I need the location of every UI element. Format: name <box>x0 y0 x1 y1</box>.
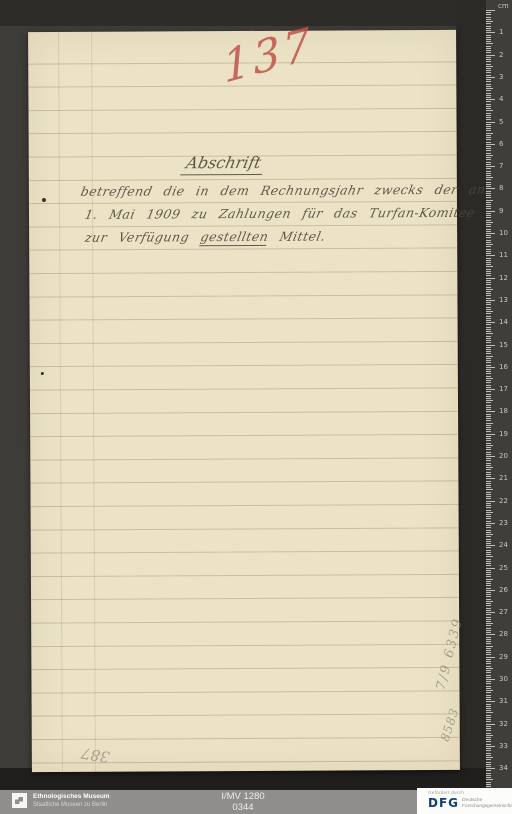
ruler-tick <box>486 313 491 314</box>
ruler-tick <box>486 423 493 424</box>
ruler-tick <box>486 135 491 136</box>
ruler-tick <box>486 492 491 493</box>
ruler-tick <box>486 144 495 145</box>
ruler-number: 10 <box>499 229 508 237</box>
ruler-tick <box>486 447 491 448</box>
ruler-tick <box>486 728 491 729</box>
ruler-tick <box>486 465 491 466</box>
ruler-tick <box>486 434 495 435</box>
ruler-tick <box>486 614 491 615</box>
ruler-tick <box>486 175 491 176</box>
ruler-tick <box>486 541 491 542</box>
ruler-tick <box>486 157 491 158</box>
ruler-tick <box>486 35 491 36</box>
ruler-tick <box>486 262 491 263</box>
ruler-tick <box>486 505 491 506</box>
ruler-tick <box>486 536 491 537</box>
ruler-tick <box>486 476 491 477</box>
ruler-tick <box>486 527 491 528</box>
ruler-tick <box>486 773 491 774</box>
ruler-tick <box>486 124 491 125</box>
ruler-tick <box>486 496 491 497</box>
ruler-tick <box>486 668 493 669</box>
ruler-tick <box>486 654 491 655</box>
ruler-number: 31 <box>499 697 508 705</box>
ruler-tick <box>486 605 491 606</box>
ruler-tick <box>486 273 491 274</box>
handwritten-line-3-end: Mittel. <box>278 229 327 244</box>
ruler-tick <box>486 746 495 747</box>
ruler-tick <box>486 307 491 308</box>
ruler-tick <box>486 625 491 626</box>
ruler-tick <box>486 719 491 720</box>
ruler-tick <box>486 704 491 705</box>
ruler-number: 21 <box>499 474 508 482</box>
ruler-tick <box>486 603 491 604</box>
ruler-tick <box>486 561 491 562</box>
ruler-tick <box>486 179 491 180</box>
ruler-tick <box>486 258 491 259</box>
ruler-number: 9 <box>499 207 503 215</box>
ruler-tick <box>486 208 491 209</box>
ruler-tick <box>486 672 491 673</box>
ruler-number: 8 <box>499 184 503 192</box>
ruler-tick <box>486 367 495 368</box>
ruler-tick <box>486 166 495 167</box>
ruler-tick <box>486 416 491 417</box>
handwritten-line-2: 1. Mai 1909 zu Zahlungen für das Turfan-… <box>83 205 476 222</box>
ruler-tick <box>486 744 491 745</box>
ruler-tick <box>486 75 491 76</box>
ruler-number: 32 <box>499 720 508 728</box>
ruler-tick <box>486 371 491 372</box>
ruler-tick <box>486 217 491 218</box>
ruler-tick <box>486 516 491 517</box>
ruler-tick <box>486 628 491 629</box>
ruler-tick <box>486 244 493 245</box>
ruler-tick <box>486 523 495 524</box>
ruler-tick <box>486 329 491 330</box>
museum-name: Ethnologisches Museum <box>33 793 110 801</box>
ruler-tick <box>486 552 491 553</box>
ruler-tick <box>486 52 491 53</box>
ruler-tick <box>486 768 495 769</box>
ruler-tick <box>486 623 493 624</box>
ruler-tick <box>486 122 495 123</box>
ruler-tick <box>486 17 491 18</box>
ruler-tick <box>486 251 491 252</box>
ruler-tick <box>486 688 491 689</box>
ruler-tick <box>486 507 491 508</box>
dfg-logo: DFG <box>428 796 459 810</box>
ruler-tick <box>486 311 493 312</box>
ruler-tick <box>486 30 491 31</box>
ruler-tick <box>486 215 491 216</box>
ruler-tick <box>486 95 491 96</box>
ruler-tick <box>486 385 491 386</box>
ruler-tick <box>486 483 491 484</box>
ruler-tick <box>486 641 491 642</box>
ruler-tick <box>486 104 491 105</box>
ruler-tick <box>486 97 491 98</box>
ruler-tick <box>486 695 491 696</box>
scan-sequence-number: 0344 <box>143 803 343 814</box>
ruler-tick <box>486 320 491 321</box>
ruler-tick <box>486 733 491 734</box>
ruler-tick <box>486 324 491 325</box>
funded-by-label: Gefördert durch <box>428 790 464 795</box>
ruler-tick <box>486 204 491 205</box>
ruler-tick <box>486 737 491 738</box>
ruler-tick <box>486 12 491 13</box>
ruler-tick <box>486 133 493 134</box>
ruler-tick <box>486 271 491 272</box>
ruler-tick <box>486 358 491 359</box>
ruler-tick <box>486 757 493 758</box>
ruler-tick <box>486 418 491 419</box>
ruler-tick <box>486 409 491 410</box>
ruler-tick <box>486 454 491 455</box>
ruler-number: 12 <box>499 274 508 282</box>
ruler-tick <box>486 588 491 589</box>
manuscript-sheet: 137 Abschrift betreffend die in dem Rech… <box>28 30 460 772</box>
ruler-tick <box>486 351 491 352</box>
ruler-tick <box>486 786 491 787</box>
ruler-tick <box>486 581 491 582</box>
museum-logo-glyph-icon <box>15 797 23 804</box>
handwritten-title: Abschrift <box>157 153 291 173</box>
ruler-tick <box>486 260 491 261</box>
ruler-tick <box>486 514 491 515</box>
ruler-tick <box>486 365 491 366</box>
ruler-tick <box>486 224 491 225</box>
ruler-tick <box>486 37 491 38</box>
ruler-tick <box>486 683 491 684</box>
ruler-number: 14 <box>499 318 508 326</box>
ruler-tick <box>486 70 491 71</box>
ruler-tick <box>486 278 495 279</box>
ruler-tick <box>486 291 491 292</box>
ruler-tick <box>486 235 491 236</box>
ruler-tick <box>486 494 491 495</box>
ruler-tick <box>486 66 493 67</box>
ruler-tick <box>486 643 491 644</box>
ruler-tick <box>486 545 495 546</box>
ruler-tick <box>486 717 491 718</box>
ruler-tick <box>486 349 491 350</box>
ruler-tick <box>486 570 491 571</box>
ruler-number: 5 <box>499 118 503 126</box>
ruler-tick <box>486 730 491 731</box>
ruler-tick <box>486 775 491 776</box>
museum-subtitle: Staatliche Museen zu Berlin <box>33 801 110 809</box>
ruler-tick <box>486 396 491 397</box>
ruler-tick <box>486 293 491 294</box>
ruler-tick <box>486 57 491 58</box>
ruler-tick <box>486 420 491 421</box>
ruler-tick <box>486 173 491 174</box>
ruler-tick <box>486 229 491 230</box>
ruler-tick <box>486 405 491 406</box>
ruler-tick <box>486 766 491 767</box>
ruler-tick <box>486 171 491 172</box>
ruler-tick <box>486 126 491 127</box>
ruler-tick <box>486 619 491 620</box>
ruler-tick <box>486 472 491 473</box>
ruler-tick <box>486 402 491 403</box>
ruler-tick <box>486 463 491 464</box>
handwritten-line-3-start: zur Verfügung <box>84 229 191 245</box>
ruler-tick <box>486 246 491 247</box>
ruler-tick <box>486 710 491 711</box>
ruler-tick <box>486 438 491 439</box>
ruler-tick <box>486 592 491 593</box>
ruler-tick <box>486 46 491 47</box>
ruler-tick <box>486 686 491 687</box>
handwritten-title-text: Abschrift <box>180 153 267 175</box>
ruler-tick <box>486 534 493 535</box>
ruler-tick <box>486 411 495 412</box>
ruler-tick <box>486 503 491 504</box>
ruler-tick <box>486 50 491 51</box>
ruler-tick <box>486 249 491 250</box>
dfg-org-name: Deutsche Forschungsgemeinschaft <box>462 798 512 809</box>
ruler-tick <box>486 443 491 444</box>
ruler-tick <box>486 759 491 760</box>
ruler-tick <box>486 762 491 763</box>
ruler-tick <box>486 563 491 564</box>
ruler-number: 33 <box>499 742 508 750</box>
ruler-tick <box>486 485 491 486</box>
ruler-tick <box>486 242 491 243</box>
ruler-tick <box>486 594 491 595</box>
ruler-tick <box>486 753 491 754</box>
ruler-tick <box>486 657 495 658</box>
ruler-tick <box>486 302 491 303</box>
ruler-tick <box>486 162 491 163</box>
ruler-tick <box>486 559 491 560</box>
ruler-tick <box>486 373 491 374</box>
ruler-tick <box>486 333 493 334</box>
ruler-tick <box>486 637 491 638</box>
ruler-tick <box>486 677 491 678</box>
ruler-tick <box>486 90 491 91</box>
ruler-tick <box>486 449 491 450</box>
ruler-tick <box>486 634 495 635</box>
museum-credit: Ethnologisches Museum Staatliche Museen … <box>33 793 110 809</box>
ruler-number: 29 <box>499 653 508 661</box>
ruler-tick <box>486 304 491 305</box>
ruler-tick <box>486 764 491 765</box>
ruler-tick <box>486 28 491 29</box>
ruler-tick <box>486 23 491 24</box>
ruler-tick <box>486 93 491 94</box>
ruler-tick <box>486 148 491 149</box>
ruler-tick <box>486 253 491 254</box>
ruler-number: 25 <box>499 564 508 572</box>
ruler-tick <box>486 601 493 602</box>
ruler-tick <box>486 556 493 557</box>
ruler-tick <box>486 784 491 785</box>
ruler-tick <box>486 715 491 716</box>
ruler-tick <box>486 726 491 727</box>
ruler-tick <box>486 159 491 160</box>
ruler-tick <box>486 164 491 165</box>
ruler-tick <box>486 282 491 283</box>
ruler-tick <box>486 318 491 319</box>
ruler-tick <box>486 68 491 69</box>
ruler-number: 22 <box>499 497 508 505</box>
ruler-tick <box>486 550 491 551</box>
ruler-number: 1 <box>499 28 503 36</box>
ruler-tick <box>486 630 491 631</box>
ruler-tick <box>486 663 491 664</box>
ruler-tick <box>486 440 491 441</box>
ruler-tick <box>486 266 493 267</box>
ruler-tick <box>486 233 495 234</box>
ruler-tick <box>486 501 495 502</box>
ruler-tick <box>486 39 491 40</box>
ruler-tick <box>486 168 491 169</box>
dfg-funding-box: Gefördert durch DFG Deutsche Forschungsg… <box>417 788 512 814</box>
shelfmark-id: I/MV 1280 <box>143 792 343 803</box>
ruler-tick <box>486 191 491 192</box>
ruler-tick <box>486 777 491 778</box>
ruler-tick <box>486 512 493 513</box>
ink-dot <box>41 372 44 375</box>
ruler-tick <box>486 679 495 680</box>
ruler-number: 30 <box>499 675 508 683</box>
ruler-tick <box>486 362 491 363</box>
ruler-tick <box>486 202 491 203</box>
ruler-tick <box>486 596 491 597</box>
ruler-tick <box>486 750 491 751</box>
ruler-tick <box>486 389 495 390</box>
ruler-number: 7 <box>499 162 503 170</box>
ruler-tick <box>486 99 495 100</box>
ruler-tick <box>486 345 495 346</box>
ruler-number: 27 <box>499 608 508 616</box>
ruler-tick <box>486 101 491 102</box>
ruler-tick <box>486 21 493 22</box>
ruler-tick <box>486 289 493 290</box>
ruler-tick <box>486 115 491 116</box>
ruler-tick <box>486 340 491 341</box>
ruler-number: 6 <box>499 140 503 148</box>
ruler-tick <box>486 376 491 377</box>
ruler-tick <box>486 369 491 370</box>
ruler-tick <box>486 356 493 357</box>
ruler-tick <box>486 382 491 383</box>
ruler-tick <box>486 530 491 531</box>
ruler-tick <box>486 142 491 143</box>
ruler-tick <box>486 77 495 78</box>
ruler-tick <box>486 213 491 214</box>
ruler-tick <box>486 338 491 339</box>
ruler-tick <box>486 675 491 676</box>
ruler-tick <box>486 155 493 156</box>
ruler-tick <box>486 81 491 82</box>
ruler-tick <box>486 748 491 749</box>
ruler-tick <box>486 84 491 85</box>
ruler-tick <box>486 284 491 285</box>
ruler-tick <box>486 26 491 27</box>
ruler-tick <box>486 407 491 408</box>
ruler-tick <box>486 400 493 401</box>
ruler-tick <box>486 510 491 511</box>
ruler-tick <box>486 414 491 415</box>
ruler-tick <box>486 565 491 566</box>
ruler-tick <box>486 779 493 780</box>
ruler-tick <box>486 153 491 154</box>
ruler-tick <box>486 117 491 118</box>
ruler-tick <box>486 106 491 107</box>
ruler-tick <box>486 287 491 288</box>
paper-crease-left <box>58 32 63 772</box>
ruler-tick <box>486 146 491 147</box>
ruler-tick <box>486 280 491 281</box>
ruler-tick <box>486 137 491 138</box>
ruler-tick <box>486 456 495 457</box>
ruler-tick <box>486 316 491 317</box>
handwritten-line-3: zur Verfügung gestellten Mittel. <box>84 229 328 245</box>
ruler-tick <box>486 467 493 468</box>
ruler-number: 23 <box>499 519 508 527</box>
ruler-tick <box>486 342 491 343</box>
museum-logo-icon <box>12 793 27 808</box>
ruler-tick <box>486 431 491 432</box>
ruler-tick <box>486 458 491 459</box>
ruler-tick <box>486 322 495 323</box>
ruler-tick <box>486 275 491 276</box>
ruler-tick <box>486 55 495 56</box>
ruler-tick <box>486 610 491 611</box>
ruler-tick <box>486 621 491 622</box>
ruler-tick <box>486 110 493 111</box>
ruler-tick <box>486 186 491 187</box>
ruler-tick <box>486 712 493 713</box>
ruler-number: 26 <box>499 586 508 594</box>
ruler-tick <box>486 353 491 354</box>
ruler-tick <box>486 652 491 653</box>
ruler-tick <box>486 398 491 399</box>
ruler-tick <box>486 300 495 301</box>
ruler-tick <box>486 14 491 15</box>
ruler-tick <box>486 108 491 109</box>
ruler-tick <box>486 585 491 586</box>
ruler-number: 11 <box>499 251 508 259</box>
ruler-number: 3 <box>499 73 503 81</box>
ruler-tick <box>486 130 491 131</box>
ruler-tick <box>486 650 491 651</box>
ruler-tick <box>486 498 491 499</box>
ruler-number: 24 <box>499 541 508 549</box>
paper-crease-margin <box>91 32 96 772</box>
pencil-note-bottom-left: 387 <box>67 741 111 766</box>
ruler-tick <box>486 200 493 201</box>
ruler-tick <box>486 298 491 299</box>
ruler-tick <box>486 360 491 361</box>
ruler-tick <box>486 568 495 569</box>
ruler-tick <box>486 481 491 482</box>
ruler-tick <box>486 739 491 740</box>
ruler-number: 15 <box>499 341 508 349</box>
ruler-tick <box>486 425 491 426</box>
ruler-tick <box>486 380 491 381</box>
ruler-tick <box>486 427 491 428</box>
ruler-tick <box>486 59 491 60</box>
ruler-tick <box>486 532 491 533</box>
